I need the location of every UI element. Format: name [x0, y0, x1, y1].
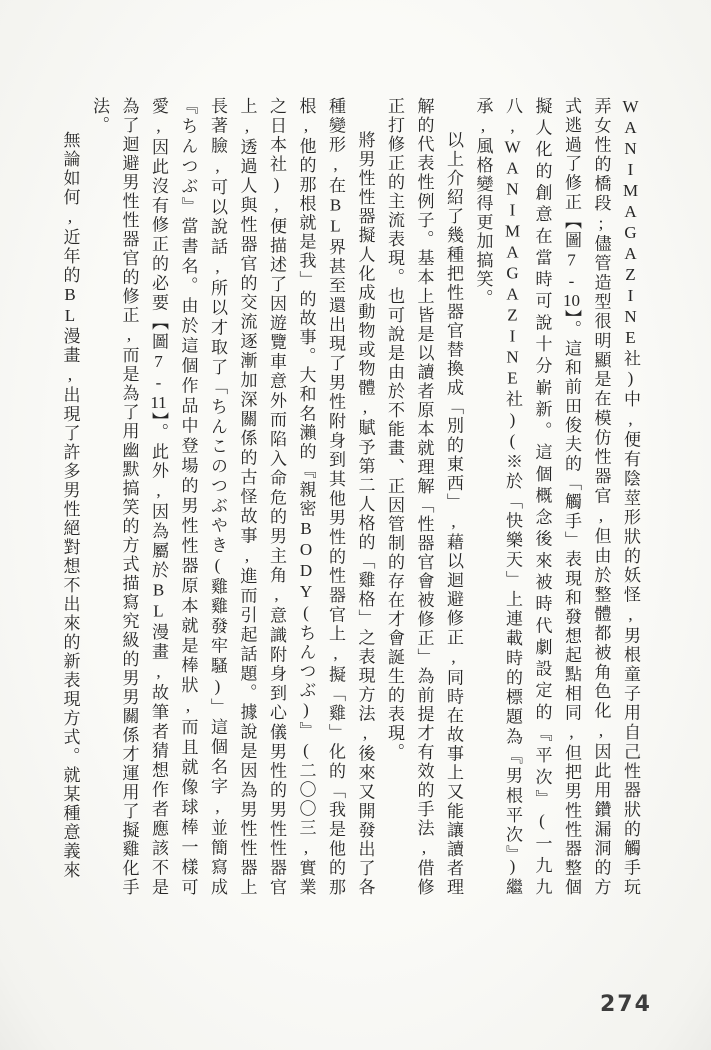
vertical-text-block: WANIMAGAZINE社)中,便有陰莖形狀的妖怪,男根童子用自己性器狀的觸手玩… [105, 97, 645, 897]
figure-ref-number: 11 [149, 394, 168, 412]
figure-ref-number: 10 [562, 292, 581, 309]
text-run: 將男性性器擬人化成動物或物體,賦予第二人格的「雞格」之表現方法,後來又開發出了各… [149, 97, 375, 897]
paragraph-2: 以上介紹了幾種把性器官替換成「別的東西」,藉以迴避修正,同時在故事上又能讓讀者理… [380, 97, 469, 897]
page-number: 274 [600, 992, 652, 1017]
paragraph-4: 無論如何,近年的BL漫畫,出現了許多男性絕對想不出來的新表現方式。就某種意義來 [55, 97, 85, 897]
paragraph-1: WANIMAGAZINE社)中,便有陰莖形狀的妖怪,男根童子用自己性器狀的觸手玩… [468, 97, 645, 897]
book-page: WANIMAGAZINE社)中,便有陰莖形狀的妖怪,男根童子用自己性器狀的觸手玩… [0, 0, 711, 1050]
text-run: 以上介紹了幾種把性器官替換成「別的東西」,藉以迴避修正,同時在故事上又能讓讀者理… [385, 97, 463, 897]
paragraph-3: 將男性性器擬人化成動物或物體,賦予第二人格的「雞格」之表現方法,後來又開發出了各… [85, 97, 380, 897]
text-run: 無論如何,近年的BL漫畫,出現了許多男性絕對想不出來的新表現方式。就某種意義來 [61, 131, 80, 880]
